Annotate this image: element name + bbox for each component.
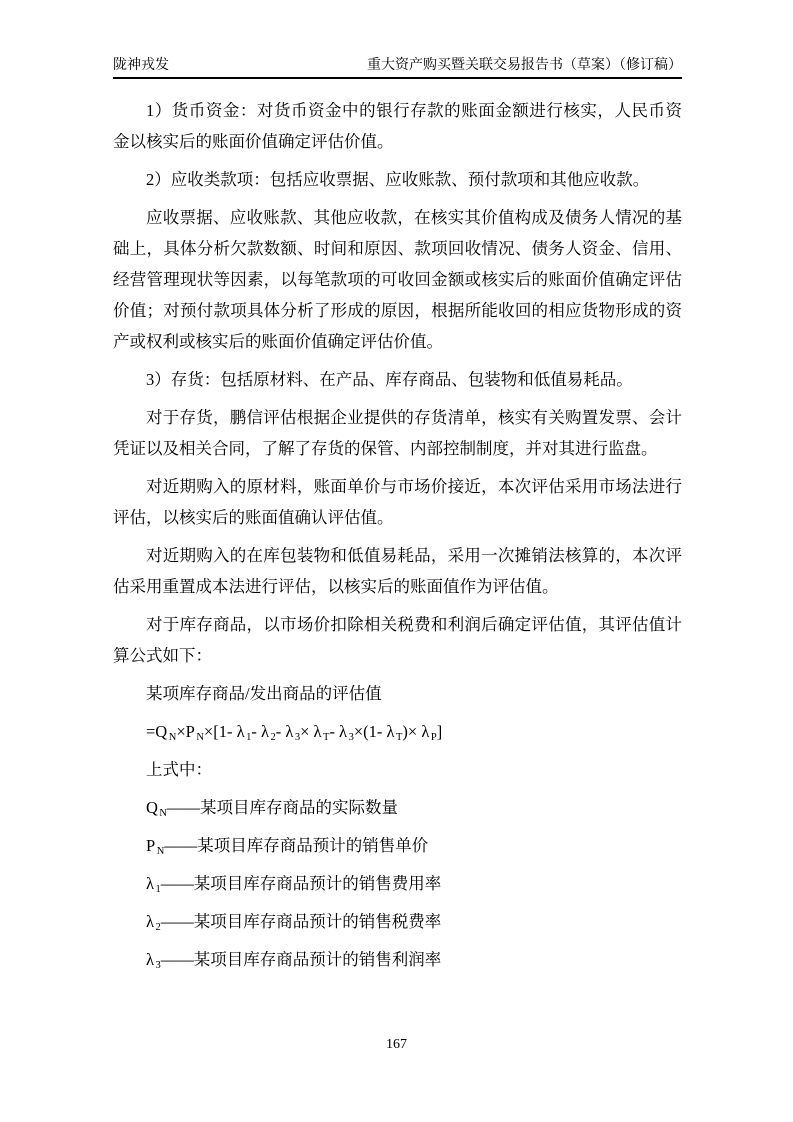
subscript: N (169, 732, 177, 743)
subscript: 3 (295, 732, 300, 743)
page-number: 167 (386, 1037, 407, 1052)
document-page: 陇神戎发 重大资产购买暨关联交易报告书（草案）（修订稿） 1）货币资金：对货币资… (0, 0, 793, 1122)
body-paragraph: 应收票据、应收账款、其他应收款，在核实其价值构成及债务人情况的基础上，具体分析欠… (113, 202, 682, 357)
body-paragraph: 对近期购入的原材料，账面单价与市场价接近，本次评估采用市场法进行评估，以核实后的… (113, 471, 682, 533)
subscript: 3 (156, 960, 161, 971)
subscript: 1 (246, 732, 251, 743)
subscript: N (159, 808, 167, 819)
header-left-title: 陇神戎发 (113, 57, 169, 74)
subscript: N (157, 846, 165, 857)
body-paragraph: 3）存货：包括原材料、在产品、库存商品、包装物和低值易耗品。 (113, 364, 682, 395)
formula: =QN×PN×[1- λ1- λ2- λ3× λT- λ3×(1- λT)× λ… (113, 716, 682, 747)
formula-term: λ2——某项目库存商品预计的销售税费率 (113, 906, 682, 937)
body-paragraph: 2）应收类款项：包括应收票据、应收账款、预付款项和其他应收款。 (113, 164, 682, 195)
formula-intro: 上式中： (113, 754, 682, 785)
formula-term: λ3——某项目库存商品预计的销售利润率 (113, 944, 682, 975)
body-paragraph: 对近期购入的在库包装物和低值易耗品，采用一次摊销法核算的，本次评估采用重置成本法… (113, 540, 682, 602)
body-paragraph: 1）货币资金：对货币资金中的银行存款的账面金额进行核实，人民币资金以核实后的账面… (113, 95, 682, 157)
formula-term: QN——某项目库存商品的实际数量 (113, 792, 682, 823)
subscript: T (323, 732, 329, 743)
body-paragraph: 对于库存商品，以市场价扣除相关税费和利润后确定评估值，其评估值计算公式如下： (113, 609, 682, 671)
body-paragraph: 对于存货，鹏信评估根据企业提供的存货清单，核实有关购置发票、会计凭证以及相关合同… (113, 402, 682, 464)
header-right-title: 重大资产购买暨关联交易报告书（草案）（修订稿） (367, 57, 682, 74)
subscript: P (431, 732, 437, 743)
formula-term: λ1——某项目库存商品预计的销售费用率 (113, 868, 682, 899)
subscript: 1 (156, 884, 161, 895)
page-footer: 167 (0, 1036, 793, 1053)
document-body: 1）货币资金：对货币资金中的银行存款的账面金额进行核实，人民币资金以核实后的账面… (113, 95, 682, 975)
subscript: 3 (349, 732, 354, 743)
subscript: 2 (156, 922, 161, 933)
page-header: 陇神戎发 重大资产购买暨关联交易报告书（草案）（修订稿） (113, 57, 682, 79)
formula-label: 某项库存商品/发出商品的评估值 (113, 678, 682, 709)
subscript: 2 (270, 732, 275, 743)
subscript: T (396, 732, 402, 743)
subscript: N (196, 732, 204, 743)
formula-term: PN——某项目库存商品预计的销售单价 (113, 830, 682, 861)
